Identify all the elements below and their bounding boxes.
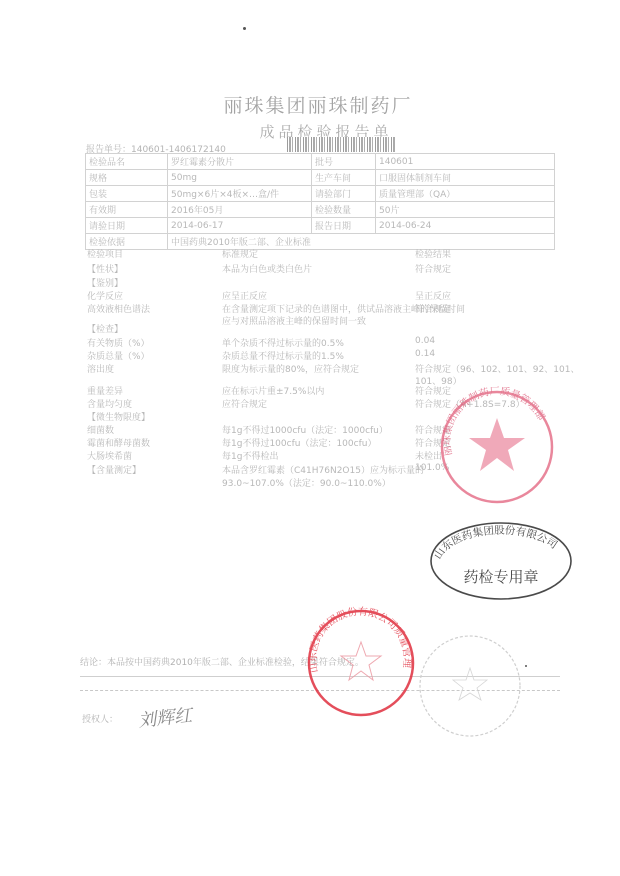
info-value: 2014-06-17 [168, 218, 312, 234]
test-section: 【鉴别】 [87, 276, 123, 289]
test-item: 溶出度 [87, 362, 114, 375]
info-value: 50mg [168, 170, 312, 186]
info-value: 50mg×6片×4板×…盒/件 [168, 186, 312, 202]
info-label: 批号 [312, 154, 376, 170]
test-standard-cont: 93.0~107.0%（法定：90.0~110.0%） [222, 476, 391, 489]
test-item: 化学反应 [87, 289, 123, 302]
info-row: 包装 50mg×6片×4板×…盒/件 请验部门 质量管理部（QA） [86, 186, 555, 202]
test-result: 符合规定 [415, 436, 451, 449]
info-label: 规格 [86, 170, 168, 186]
info-label: 生产车间 [312, 170, 376, 186]
info-value: 罗红霉素分散片 [168, 154, 312, 170]
test-item: 细菌数 [87, 423, 114, 436]
test-result: 符合规定 [415, 384, 451, 397]
divider-dashed [80, 690, 560, 691]
test-result: 符合规定 [415, 262, 451, 275]
test-standard: 杂质总量不得过标示量的1.5% [222, 349, 344, 362]
info-value: 2016年05月 [168, 202, 312, 218]
test-result: 101.0% [415, 463, 449, 473]
svg-text:丽珠集团丽珠制药厂质量管理部: 丽珠集团丽珠制药厂质量管理部 [440, 384, 548, 456]
column-header-result: 检验结果 [415, 247, 451, 260]
test-standard: 应符合规定 [222, 397, 267, 410]
info-row: 规格 50mg 生产车间 口服固体制剂车间 [86, 170, 555, 186]
info-row: 检验品名 罗红霉素分散片 批号 140601 [86, 154, 555, 170]
test-standard: 每1g不得过1000cfu（法定：1000cfu） [222, 423, 388, 436]
test-result: 呈正反应 [415, 289, 451, 302]
scan-speck [243, 27, 246, 30]
svg-text:山东医药集团股份有限公司: 山东医药集团股份有限公司 [431, 525, 559, 562]
divider [80, 676, 560, 677]
test-standard: 本品为白色或类白色片 [222, 262, 312, 275]
faint-stamp [420, 636, 520, 736]
test-section: 【微生物限度】 [87, 410, 150, 423]
test-item: 有关物质（%） [87, 336, 150, 349]
test-item: 高效液相色谱法 [87, 302, 150, 315]
info-label: 检验数量 [312, 202, 376, 218]
authorized-person-label: 授权人： [82, 712, 118, 725]
test-result: 未检出 [415, 449, 442, 462]
info-label: 请验日期 [86, 218, 168, 234]
conclusion-text: 结论：本品按中国药典2010年版二部、企业标准检验，结果符合规定。 [80, 655, 364, 668]
test-item: 大肠埃希菌 [87, 449, 132, 462]
scan-speck [525, 665, 527, 667]
quality-stamp-text: 丽珠集团丽珠制药厂质量管理部 [440, 384, 548, 456]
info-label: 有效期 [86, 202, 168, 218]
info-row: 有效期 2016年05月 检验数量 50片 [86, 202, 555, 218]
test-result: 符合规定 [415, 302, 451, 315]
star-icon [469, 418, 525, 471]
test-item: 杂质总量（%） [87, 349, 150, 362]
info-row: 请验日期 2014-06-17 报告日期 2014-06-24 [86, 218, 555, 234]
test-standard: 每1g不得过100cfu（法定：100cfu） [222, 436, 376, 449]
info-value: 140601 [376, 154, 555, 170]
test-item: 【性状】 [87, 262, 123, 275]
inspection-stamp: 山东医药集团股份有限公司 药检专用章 [431, 523, 571, 599]
test-standard: 应呈正反应 [222, 289, 267, 302]
info-row-basis: 检验依据 中国药典2010年版二部、企业标准 [86, 234, 555, 250]
test-standard: 每1g不得检出 [222, 449, 278, 462]
info-label: 检验品名 [86, 154, 168, 170]
company-name: 丽珠集团丽珠制药厂 [0, 91, 620, 118]
info-value: 口服固体制剂车间 [376, 170, 555, 186]
info-value: 质量管理部（QA） [376, 186, 555, 202]
inspection-stamp-center-text: 药检专用章 [463, 568, 538, 586]
info-value: 2014-06-24 [376, 218, 555, 234]
test-result: 0.04 [415, 336, 435, 346]
test-result: 0.14 [415, 349, 435, 359]
info-label: 报告日期 [312, 218, 376, 234]
star-icon [453, 668, 487, 700]
info-value: 50片 [376, 202, 555, 218]
test-standard: 本品含罗红霉素（C41H76N2O15）应为标示量的 [222, 463, 424, 476]
barcode [287, 137, 395, 152]
inspection-stamp-ring-text: 山东医药集团股份有限公司 [431, 525, 559, 562]
column-header-item: 检验项目 [87, 247, 123, 260]
test-section: 【含量测定】 [87, 463, 141, 476]
product-info-table: 检验品名 罗红霉素分散片 批号 140601 规格 50mg 生产车间 口服固体… [85, 153, 555, 250]
signature: 刘辉红 [137, 701, 193, 733]
column-header-standard: 标准规定 [222, 247, 258, 260]
test-result: 符合规定（A+1.8S=7.8） [415, 397, 525, 410]
info-label: 请验部门 [312, 186, 376, 202]
test-item: 含量均匀度 [87, 397, 132, 410]
info-label: 包装 [86, 186, 168, 202]
test-section: 【检查】 [87, 322, 123, 335]
test-result: 符合规定 [415, 423, 451, 436]
test-standard: 应在标示片重±7.5%以内 [222, 384, 324, 397]
test-standard: 单个杂质不得过标示量的0.5% [222, 336, 344, 349]
test-item: 重量差异 [87, 384, 123, 397]
test-standard-cont: 应与对照品溶液主峰的保留时间一致 [222, 314, 366, 327]
test-item: 霉菌和酵母菌数 [87, 436, 150, 449]
test-standard: 限度为标示量的80%，应符合规定 [222, 362, 359, 375]
